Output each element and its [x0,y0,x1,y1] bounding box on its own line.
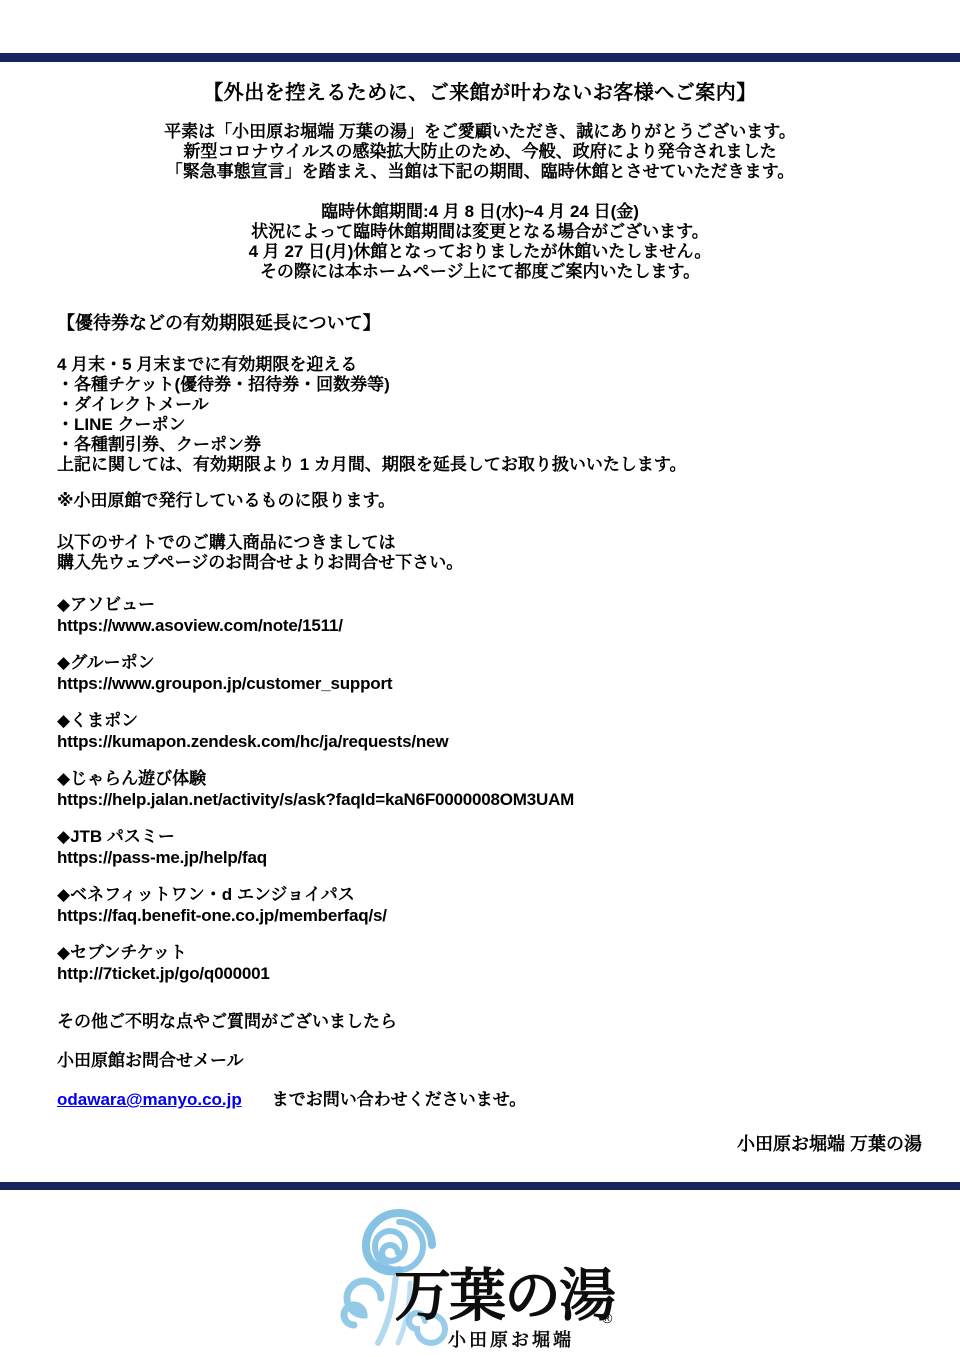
registered-mark-icon: ® [602,1310,613,1326]
extension-lead: 4 月末・5 月末までに有効期限を迎える [57,355,687,375]
purchase-note: 以下のサイトでのご購入商品につきましては 購入先ウェブページのお問合せよりお問合… [57,533,463,573]
contact-email-link[interactable]: odawara@manyo.co.jp [57,1090,242,1109]
closure-period-line: その際には本ホームページ上にて都度ご案内いたします。 [0,262,960,282]
purchase-note-line: 購入先ウェブページのお問合せよりお問合せ下さい。 [57,553,463,573]
vendor-block-jtb-passme: ◆JTB パスミー https://pass-me.jp/help/faq [57,826,267,868]
intro-line: 「緊急事態宣言」を踏まえ、当館は下記の期間、臨時休館とさせていただきます。 [0,162,960,182]
vendor-block-seven-ticket: ◆セブンチケット http://7ticket.jp/go/q000001 [57,942,270,984]
closure-period-line: 臨時休館期間:4 月 8 日(水)~4 月 24 日(金) [0,202,960,222]
intro-paragraph: 平素は「小田原お堀端 万葉の湯」をご愛顧いただき、誠にありがとうございます。 新… [0,122,960,182]
intro-line: 平素は「小田原お堀端 万葉の湯」をご愛顧いただき、誠にありがとうございます。 [0,122,960,142]
vendor-name: ◆じゃらん遊び体験 [57,768,574,789]
logo-brand-text: 万葉の湯 [394,1262,615,1329]
contact-email-suffix: までお問い合わせくださいませ。 [272,1090,527,1109]
closure-period-line: 4 月 27 日(月)休館となっておりましたが休館いたしません。 [0,242,960,262]
page-title: 【外出を控えるために、ご来館が叶わないお客様へご案内】 [0,82,960,104]
extension-item: ・各種割引券、クーポン券 [57,435,687,455]
intro-line: 新型コロナウイルスの感染拡大防止のため、今般、政府により発令されました [0,142,960,162]
vendor-name: ◆セブンチケット [57,942,270,963]
contact-intro: その他ご不明な点やご質問がございましたら [57,1012,397,1032]
vendor-block-benefit-one: ◆ベネフィットワン・d エンジョイパス https://faq.benefit-… [57,884,387,926]
vendor-name: ◆グルーポン [57,652,392,673]
issuance-limit-note: ※小田原館で発行しているものに限ります。 [57,491,395,511]
vendor-name: ◆ベネフィットワン・d エンジョイパス [57,884,387,905]
purchase-note-line: 以下のサイトでのご購入商品につきましては [57,533,463,553]
brand-logo: 万葉の湯 ® 小田原お堀端 [336,1203,626,1355]
closure-period-line: 状況によって臨時休館期間は変更となる場合がございます。 [0,222,960,242]
extension-section-heading: 【優待券などの有効期限延長について】 [57,313,381,333]
vendor-url[interactable]: http://7ticket.jp/go/q000001 [57,963,270,984]
extension-details: 4 月末・5 月末までに有効期限を迎える ・各種チケット(優待券・招待券・回数券… [57,355,687,475]
signature: 小田原お堀端 万葉の湯 [737,1130,922,1156]
extension-item: ・LINE クーポン [57,415,687,435]
bottom-divider [0,1182,960,1190]
vendor-url[interactable]: https://www.asoview.com/note/1511/ [57,615,343,636]
vendor-block-asoview: ◆アソビュー https://www.asoview.com/note/1511… [57,594,343,636]
vendor-block-kumapon: ◆くまポン https://kumapon.zendesk.com/hc/ja/… [57,710,448,752]
vendor-url[interactable]: https://help.jalan.net/activity/s/ask?fa… [57,789,574,810]
vendor-name: ◆くまポン [57,710,448,731]
extension-note: 上記に関しては、有効期限より 1 カ月間、期限を延長してお取り扱いいたします。 [57,455,687,475]
vendor-url[interactable]: https://www.groupon.jp/customer_support [57,673,392,694]
extension-item: ・各種チケット(優待券・招待券・回数券等) [57,375,687,395]
contact-label: 小田原館お問合せメール [57,1051,244,1071]
vendor-url[interactable]: https://kumapon.zendesk.com/hc/ja/reques… [57,731,448,752]
extension-item: ・ダイレクトメール [57,395,687,415]
closure-period-paragraph: 臨時休館期間:4 月 8 日(水)~4 月 24 日(金) 状況によって臨時休館… [0,202,960,282]
vendor-name: ◆JTB パスミー [57,826,267,847]
vendor-block-groupon: ◆グルーポン https://www.groupon.jp/customer_s… [57,652,392,694]
notice-document: 【外出を控えるために、ご来館が叶わないお客様へご案内】 平素は「小田原お堀端 万… [0,0,960,1357]
vendor-url[interactable]: https://faq.benefit-one.co.jp/memberfaq/… [57,905,387,926]
vendor-url[interactable]: https://pass-me.jp/help/faq [57,847,267,868]
top-divider [0,53,960,62]
vendor-block-jalan: ◆じゃらん遊び体験 https://help.jalan.net/activit… [57,768,574,810]
contact-email-row: odawara@manyo.co.jpまでお問い合わせくださいませ。 [57,1090,526,1110]
logo-subtitle: 小田原お堀端 [448,1329,574,1351]
vendor-name: ◆アソビュー [57,594,343,615]
